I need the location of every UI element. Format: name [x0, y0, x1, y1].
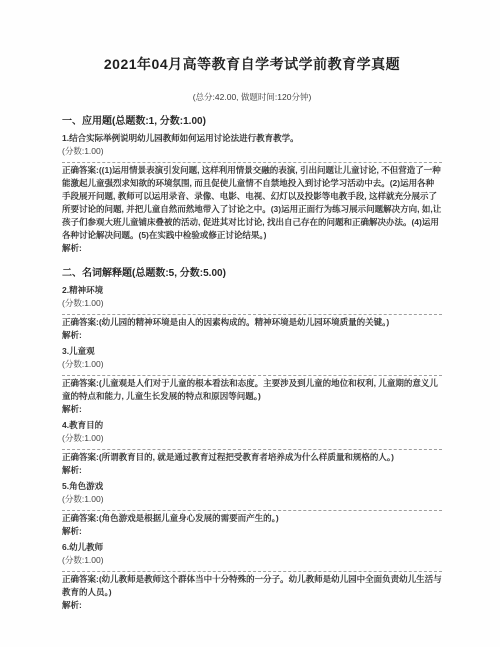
exam-section-terms: 二、名词解释题(总题数:5, 分数:5.00) 2.精神环境 (分数:1.00)… [62, 267, 442, 612]
analysis-label: 解析: [62, 599, 442, 612]
answer-label: 正确答案: [62, 452, 99, 462]
answer-line: 正确答案:(角色游戏是根据儿童身心发展的需要而产生的。) [62, 512, 442, 525]
answer-line: 正确答案:(幼儿园的精神环境是由人的因素构成的。精神环境是幼儿园环境质量的关键。… [62, 316, 442, 329]
answer-line: 正确答案:(儿童观是人们对于儿童的根本看法和态度。主要涉及到儿童的地位和权利, … [62, 377, 442, 403]
page-subtitle: (总分:42.00, 做题时间:120分钟) [62, 91, 442, 103]
answer-divider [62, 375, 442, 376]
question-score: (分数:1.00) [62, 432, 442, 445]
answer-text: ((1)运用情景表演引发问题, 这样利用情景交融的表演, 引出问题让儿童讨论, … [62, 165, 441, 240]
question-stem: 6.幼儿教师 [62, 541, 442, 554]
exam-document-page: 2021年04月高等教育自学考试学前教育学真题 (总分:42.00, 做题时间:… [0, 0, 500, 647]
question-stem: 3.儿童观 [62, 345, 442, 358]
section-heading: 一、应用题(总题数:1, 分数:1.00) [62, 115, 442, 129]
question-stem: 4.教育目的 [62, 419, 442, 432]
analysis-label: 解析: [62, 329, 442, 342]
answer-text: (幼儿园的精神环境是由人的因素构成的。精神环境是幼儿园环境质量的关键。) [99, 317, 389, 327]
question-stem: 2.精神环境 [62, 284, 442, 297]
answer-line: 正确答案:(所谓教育目的, 就是通过教育过程把受教育者培养成为什么样质量和规格的… [62, 451, 442, 464]
answer-label: 正确答案: [62, 378, 99, 388]
question-block: 6.幼儿教师 (分数:1.00) 正确答案:(幼儿教师是教师这个群体当中十分特殊… [62, 541, 442, 612]
document-content: 2021年04月高等教育自学考试学前教育学真题 (总分:42.00, 做题时间:… [0, 0, 500, 612]
answer-label: 正确答案: [62, 513, 99, 523]
analysis-label: 解析: [62, 242, 442, 255]
question-block: 3.儿童观 (分数:1.00) 正确答案:(儿童观是人们对于儿童的根本看法和态度… [62, 345, 442, 416]
answer-divider [62, 571, 442, 572]
answer-label: 正确答案: [62, 165, 99, 175]
question-score: (分数:1.00) [62, 493, 442, 506]
question-block: 1.结合实际举例说明幼儿园教师如何运用讨论法进行教育教学。 (分数:1.00) … [62, 132, 442, 255]
question-score: (分数:1.00) [62, 297, 442, 310]
answer-divider [62, 314, 442, 315]
answer-divider [62, 510, 442, 511]
answer-line: 正确答案:(幼儿教师是教师这个群体当中十分特殊的一分子。幼儿教师是幼儿园中全面负… [62, 573, 442, 599]
answer-label: 正确答案: [62, 317, 99, 327]
answer-text: (所谓教育目的, 就是通过教育过程把受教育者培养成为什么样质量和规格的人。) [99, 452, 394, 462]
question-block: 5.角色游戏 (分数:1.00) 正确答案:(角色游戏是根据儿童身心发展的需要而… [62, 480, 442, 538]
question-score: (分数:1.00) [62, 554, 442, 567]
question-score: (分数:1.00) [62, 358, 442, 371]
exam-section-applied: 一、应用题(总题数:1, 分数:1.00) 1.结合实际举例说明幼儿园教师如何运… [62, 115, 442, 255]
analysis-label: 解析: [62, 464, 442, 477]
answer-line: 正确答案:((1)运用情景表演引发问题, 这样利用情景交融的表演, 引出问题让儿… [62, 164, 442, 242]
answer-text: (幼儿教师是教师这个群体当中十分特殊的一分子。幼儿教师是幼儿园中全面负责幼儿生活… [62, 574, 442, 597]
question-score: (分数:1.00) [62, 145, 442, 158]
page-title: 2021年04月高等教育自学考试学前教育学真题 [62, 54, 442, 74]
answer-label: 正确答案: [62, 574, 99, 584]
question-block: 4.教育目的 (分数:1.00) 正确答案:(所谓教育目的, 就是通过教育过程把… [62, 419, 442, 477]
answer-divider [62, 162, 442, 163]
analysis-label: 解析: [62, 403, 442, 416]
answer-divider [62, 449, 442, 450]
question-stem: 5.角色游戏 [62, 480, 442, 493]
question-block: 2.精神环境 (分数:1.00) 正确答案:(幼儿园的精神环境是由人的因素构成的… [62, 284, 442, 342]
analysis-label: 解析: [62, 525, 442, 538]
section-heading: 二、名词解释题(总题数:5, 分数:5.00) [62, 267, 442, 281]
question-stem: 1.结合实际举例说明幼儿园教师如何运用讨论法进行教育教学。 [62, 132, 442, 145]
answer-text: (角色游戏是根据儿童身心发展的需要而产生的。) [99, 513, 279, 523]
answer-text: (儿童观是人们对于儿童的根本看法和态度。主要涉及到儿童的地位和权利, 儿童期的意… [62, 378, 438, 401]
